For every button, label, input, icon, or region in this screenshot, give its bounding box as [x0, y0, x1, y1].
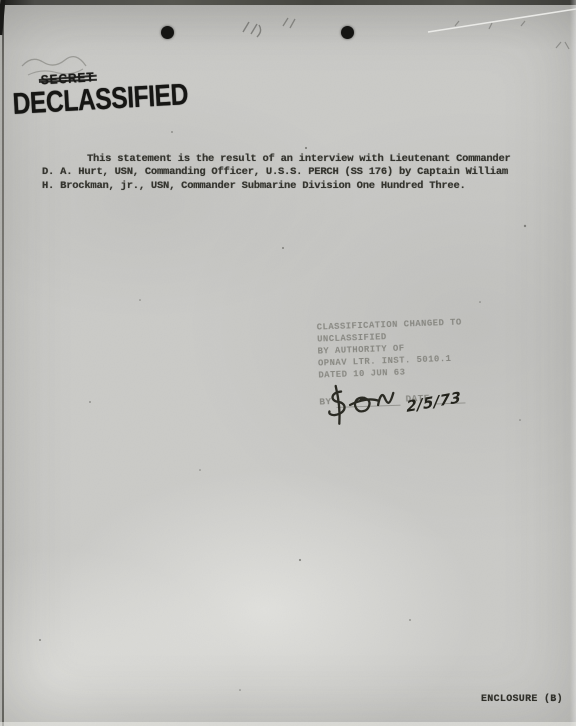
pencil-marks	[283, 18, 295, 28]
paper-crease-line	[428, 9, 576, 32]
enclosure-label: ENCLOSURE (B)	[481, 694, 563, 705]
classification-stamps-block: SECRET DECLASSIFIED	[11, 61, 227, 118]
statement-line-1: This statement is the result of an inter…	[42, 153, 547, 166]
pencil-marks	[243, 22, 261, 37]
page-right-edge-highlight	[570, 0, 576, 726]
declassified-stamp: DECLASSIFIED	[12, 81, 189, 118]
page-top-edge	[0, 0, 576, 5]
by-label: By	[319, 396, 332, 408]
hole-punch-left	[161, 26, 174, 39]
statement-line-3: H. Brockman, jr., USN, Commander Submari…	[42, 180, 547, 193]
pencil-marks	[455, 21, 569, 49]
hole-punch-right	[341, 26, 354, 39]
page-bottom-edge-highlight	[0, 722, 576, 726]
signature-blank-line	[336, 397, 400, 408]
scanned-document-page: SECRET DECLASSIFIED This statement is th…	[0, 0, 576, 726]
page-left-edge	[2, 0, 4, 726]
statement-line-2: D. A. Hurt, USN, Commanding Officer, U.S…	[42, 166, 547, 179]
statement-paragraph: This statement is the result of an inter…	[42, 153, 547, 193]
paper-speckles	[39, 131, 554, 701]
pencil-scribble	[22, 57, 86, 66]
